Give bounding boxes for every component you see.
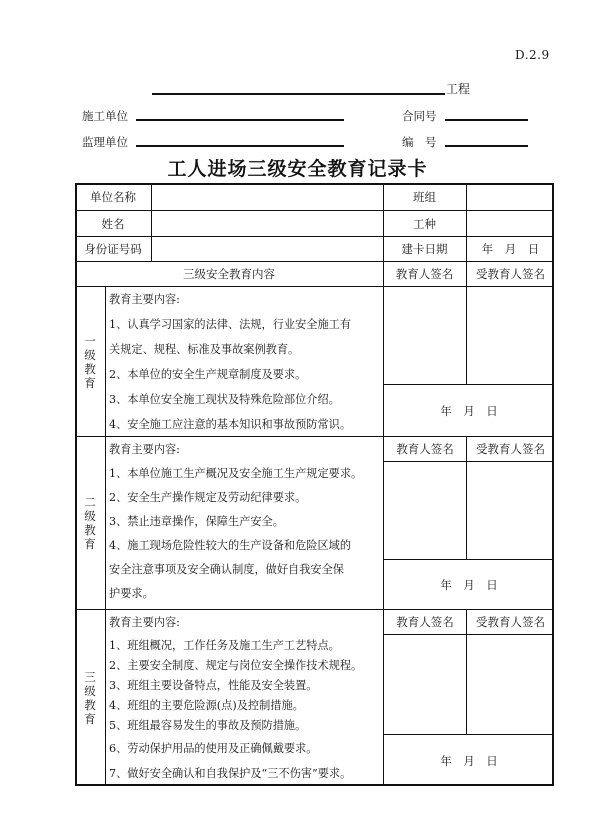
supervision-unit-label: 监理单位 xyxy=(82,134,128,150)
content-line: 4、安全施工应注意的基本知识和事故预防常识。 xyxy=(109,416,351,432)
level-3-date[interactable]: 年 月 日 xyxy=(384,735,554,786)
trade-input[interactable] xyxy=(467,211,554,236)
card-date-input[interactable]: 年 月 日 xyxy=(467,237,554,261)
content-line: 4、施工现场危险性较大的生产设备和危险区域的 xyxy=(109,537,351,553)
level-2-date[interactable]: 年 月 日 xyxy=(384,560,554,609)
content-line: 关规定、规程、标准及事故案例教育。 xyxy=(109,341,299,357)
level-2-educatee-signature[interactable] xyxy=(467,462,554,559)
serial-no-label: 编 号 xyxy=(402,134,437,150)
card-date-label: 建卡日期 xyxy=(383,237,466,261)
content-line: 教育主要内容: xyxy=(109,614,180,630)
construction-unit-field[interactable] xyxy=(136,119,344,121)
content-line: 2、主要安全制度、规定与岗位安全操作技术规程。 xyxy=(109,657,362,673)
level-1-educator-signature[interactable] xyxy=(384,287,466,384)
serial-no-field[interactable] xyxy=(445,145,528,147)
content-line: 教育主要内容: xyxy=(109,441,180,457)
content-line: 4、班组的主要危险源(点)及控制措施。 xyxy=(109,697,304,713)
content-line: 1、认真学习国家的法律、法规，行业安全施工有 xyxy=(109,316,351,332)
construction-unit-label: 施工单位 xyxy=(82,108,128,124)
contract-no-field[interactable] xyxy=(445,119,528,121)
unit-name-input[interactable] xyxy=(152,184,383,210)
content-line: 护要求。 xyxy=(109,585,154,601)
educatee-sign-header: 受教育人签名 xyxy=(467,262,554,286)
level-2-educator-sign-header: 教育人签名 xyxy=(384,437,466,461)
level-2-label: 二 级 教 育 xyxy=(75,437,105,609)
content-line: 3、本单位安全施工现状及特殊危险部位介绍。 xyxy=(109,391,340,407)
content-header: 三级安全教育内容 xyxy=(75,262,383,286)
name-input[interactable] xyxy=(152,211,383,236)
content-line: 2、本单位的安全生产规章制度及要求。 xyxy=(109,366,306,382)
id-number-label: 身份证号码 xyxy=(75,237,151,261)
level-1-date[interactable]: 年 月 日 xyxy=(384,385,554,436)
content-line: 7、做好安全确认和自我保护及“三不伤害”要求。 xyxy=(109,765,351,781)
page-title: 工人进场三级安全教育记录卡 xyxy=(0,154,595,181)
content-line: 1、本单位施工生产概况及安全施工生产规定要求。 xyxy=(109,465,362,481)
project-name-field[interactable] xyxy=(152,93,445,95)
team-label: 班组 xyxy=(383,184,466,210)
project-suffix-label: 工程 xyxy=(446,80,470,97)
content-line: 5、班组最容易发生的事故及预防措施。 xyxy=(109,717,306,733)
content-line: 6、劳动保护用品的使用及正确佩戴要求。 xyxy=(109,740,318,756)
level-3-educatee-signature[interactable] xyxy=(467,635,554,734)
content-line: 安全注意事项及安全确认制度，做好自我安全保 xyxy=(109,561,344,577)
trade-label: 工种 xyxy=(383,211,466,236)
team-input[interactable] xyxy=(467,184,554,210)
name-label: 姓名 xyxy=(75,211,151,236)
level-2-educatee-sign-header: 受教育人签名 xyxy=(467,437,554,461)
level-3-label: 三 级 教 育 xyxy=(75,610,105,786)
contract-no-label: 合同号 xyxy=(402,108,437,124)
unit-name-label: 单位名称 xyxy=(75,184,151,210)
level-3-educatee-sign-header: 受教育人签名 xyxy=(467,610,554,634)
content-line: 1、班组概况，工作任务及施工生产工艺特点。 xyxy=(109,637,340,653)
col-divider xyxy=(105,286,106,786)
level-1-label: 一 级 教 育 xyxy=(75,287,105,436)
content-line: 2、安全生产操作规定及劳动纪律要求。 xyxy=(109,489,306,505)
level-1-educatee-signature[interactable] xyxy=(467,287,554,384)
content-line: 3、班组主要设备特点，性能及安全装置。 xyxy=(109,677,318,693)
form-code: D.2.9 xyxy=(515,48,550,62)
level-3-educator-signature[interactable] xyxy=(384,635,466,734)
id-number-input[interactable] xyxy=(152,237,383,261)
content-line: 教育主要内容: xyxy=(109,291,180,307)
educator-sign-header: 教育人签名 xyxy=(383,262,466,286)
supervision-unit-field[interactable] xyxy=(136,145,344,147)
content-line: 3、禁止违章操作，保障生产安全。 xyxy=(109,513,284,529)
level-3-educator-sign-header: 教育人签名 xyxy=(384,610,466,634)
level-2-educator-signature[interactable] xyxy=(384,462,466,559)
